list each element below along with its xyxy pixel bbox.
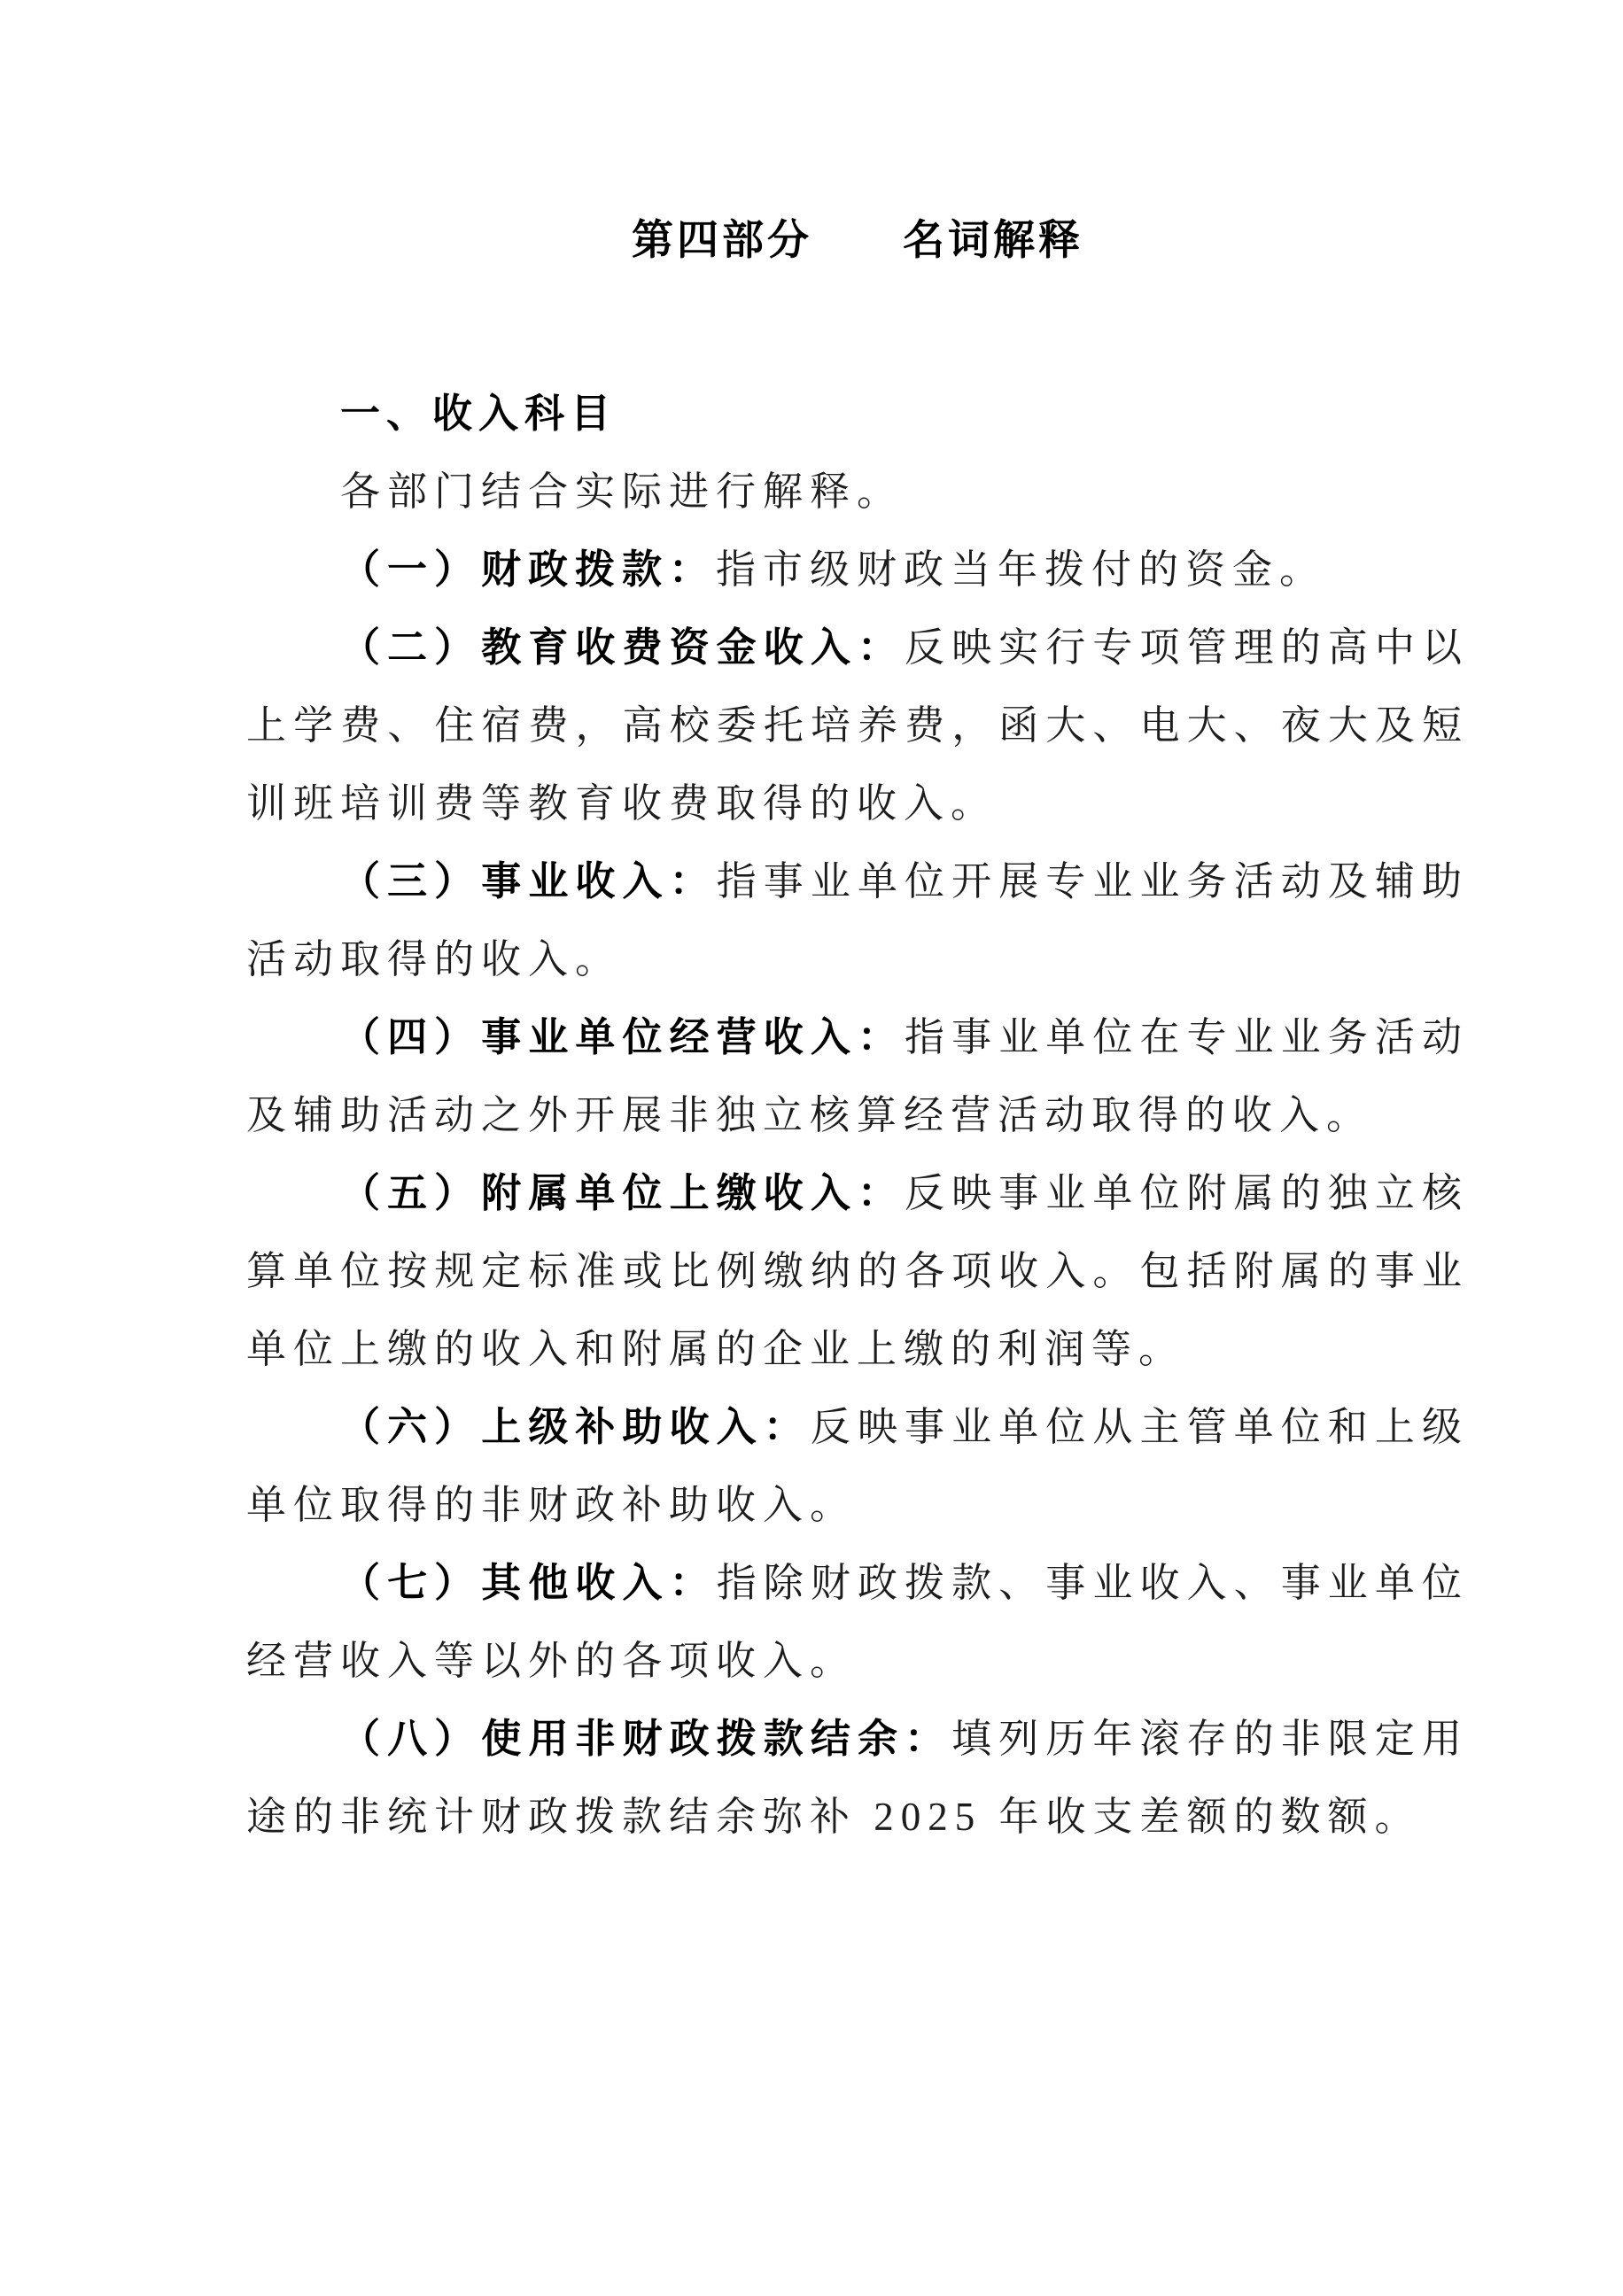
term-label: （一）财政拨款： <box>340 547 716 592</box>
term-label: （六）上级补助收入： <box>340 1405 811 1449</box>
term-label: （七）其他收入： <box>340 1561 717 1605</box>
term-label: （二）教育收费资金收入： <box>340 625 905 670</box>
term-label: （八）使用非财政拨款结余： <box>340 1717 951 1761</box>
document-page: 第四部分 名词解释 一、收入科目 各部门结合实际进行解释。 （一）财政拨款：指市… <box>0 0 1623 2296</box>
definition-paragraph: （六）上级补助收入：反映事业单位从主管单位和上级单位取得的非财政补助收入。 <box>246 1388 1469 1544</box>
definition-paragraph: （三）事业收入：指事业单位开展专业业务活动及辅助活动取得的收入。 <box>246 842 1469 998</box>
intro-paragraph: 各部门结合实际进行解释。 <box>246 453 1469 531</box>
document-body: 各部门结合实际进行解释。 （一）财政拨款：指市级财政当年拨付的资金。 （二）教育… <box>246 453 1469 1856</box>
definition-paragraph: （七）其他收入：指除财政拨款、事业收入、事业单位经营收入等以外的各项收入。 <box>246 1544 1469 1700</box>
term-label: （四）事业单位经营收入： <box>340 1015 905 1059</box>
definition-paragraph: （八）使用非财政拨款结余：填列历年滚存的非限定用途的非统计财政拨款结余弥补 20… <box>246 1700 1469 1856</box>
page-title: 第四部分 名词解释 <box>246 202 1469 280</box>
section-heading: 一、收入科目 <box>246 375 1469 453</box>
definition-paragraph: （四）事业单位经营收入：指事业单位在专业业务活动及辅助活动之外开展非独立核算经营… <box>246 998 1469 1154</box>
definition-paragraph: （五）附属单位上缴收入：反映事业单位附属的独立核算单位按规定标准或比例缴纳的各项… <box>246 1154 1469 1388</box>
term-label: （三）事业收入： <box>340 859 717 904</box>
definition-paragraph: （一）财政拨款：指市级财政当年拨付的资金。 <box>246 531 1469 609</box>
definition-paragraph: （二）教育收费资金收入：反映实行专项管理的高中以上学费、住宿费，高校委托培养费，… <box>246 609 1469 842</box>
term-definition: 指市级财政当年拨付的资金。 <box>716 547 1326 592</box>
term-label: （五）附属单位上缴收入： <box>340 1171 905 1215</box>
document-content: 第四部分 名词解释 一、收入科目 各部门结合实际进行解释。 （一）财政拨款：指市… <box>246 202 1469 1856</box>
